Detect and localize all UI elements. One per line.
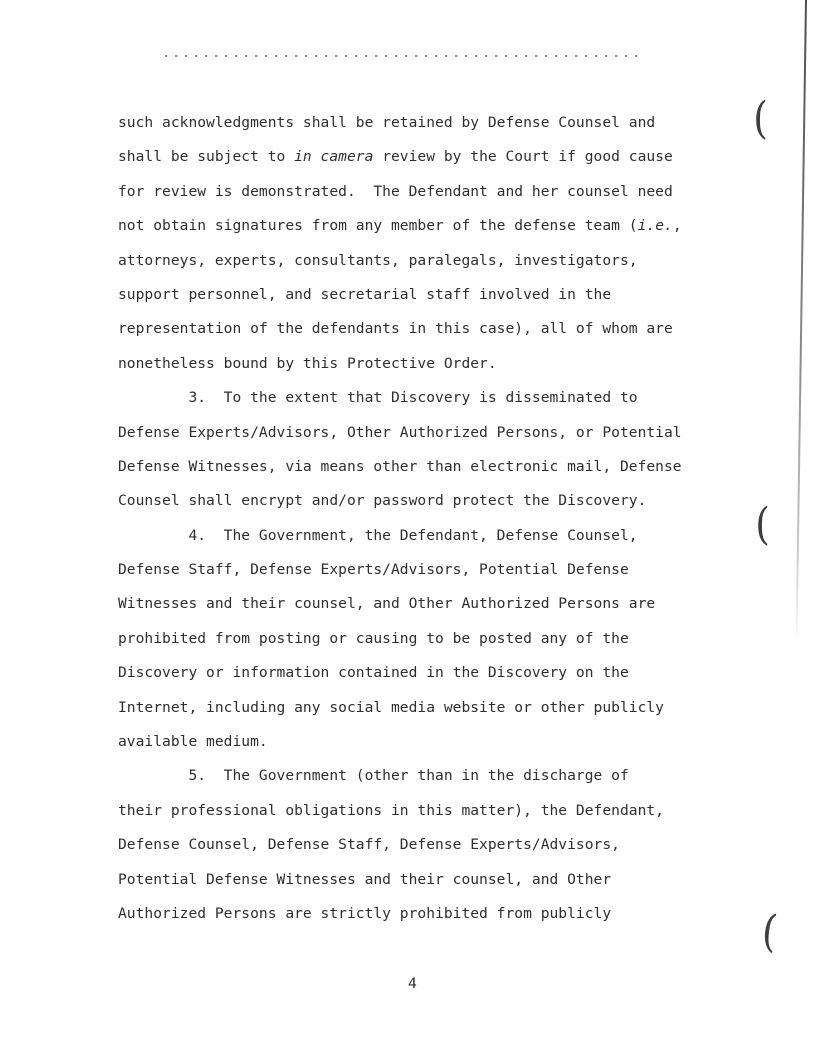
scan-artifact-vertical-line: [795, 0, 807, 645]
scan-artifact-dotted-line: [165, 55, 638, 58]
text-line: Internet, including any social media web…: [118, 691, 682, 725]
document-body-text: such acknowledgments shall be retained b…: [118, 106, 682, 931]
text-line: Authorized Persons are strictly prohibit…: [118, 897, 682, 931]
text-line: Defense Counsel, Defense Staff, Defense …: [118, 828, 682, 862]
document-page: ( ( ( such acknowledgments shall be reta…: [0, 0, 816, 1056]
text-line: Defense Witnesses, via means other than …: [118, 450, 682, 484]
handwritten-paren-mark: (: [755, 503, 770, 547]
text-line: available medium.: [118, 725, 682, 759]
text-line: their professional obligations in this m…: [118, 794, 682, 828]
text-line: attorneys, experts, consultants, paraleg…: [118, 244, 682, 278]
text-line: not obtain signatures from any member of…: [118, 209, 682, 243]
text-line: for review is demonstrated. The Defendan…: [118, 175, 682, 209]
text-line: Defense Staff, Defense Experts/Advisors,…: [118, 553, 682, 587]
text-line: 3. To the extent that Discovery is disse…: [118, 381, 682, 415]
text-line: nonetheless bound by this Protective Ord…: [118, 347, 682, 381]
text-line: 5. The Government (other than in the dis…: [118, 759, 682, 793]
page-number: 4: [408, 975, 417, 992]
handwritten-paren-mark: (: [760, 909, 779, 955]
text-line: support personnel, and secretarial staff…: [118, 278, 682, 312]
text-line: Discovery or information contained in th…: [118, 656, 682, 690]
handwritten-paren-mark: (: [753, 97, 768, 141]
text-line: Counsel shall encrypt and/or password pr…: [118, 484, 682, 518]
text-line: Potential Defense Witnesses and their co…: [118, 863, 682, 897]
text-line: 4. The Government, the Defendant, Defens…: [118, 519, 682, 553]
text-line: shall be subject to in camera review by …: [118, 140, 682, 174]
text-line: Defense Experts/Advisors, Other Authoriz…: [118, 416, 682, 450]
text-line: representation of the defendants in this…: [118, 312, 682, 346]
text-line: Witnesses and their counsel, and Other A…: [118, 587, 682, 621]
text-line: prohibited from posting or causing to be…: [118, 622, 682, 656]
text-line: such acknowledgments shall be retained b…: [118, 106, 682, 140]
